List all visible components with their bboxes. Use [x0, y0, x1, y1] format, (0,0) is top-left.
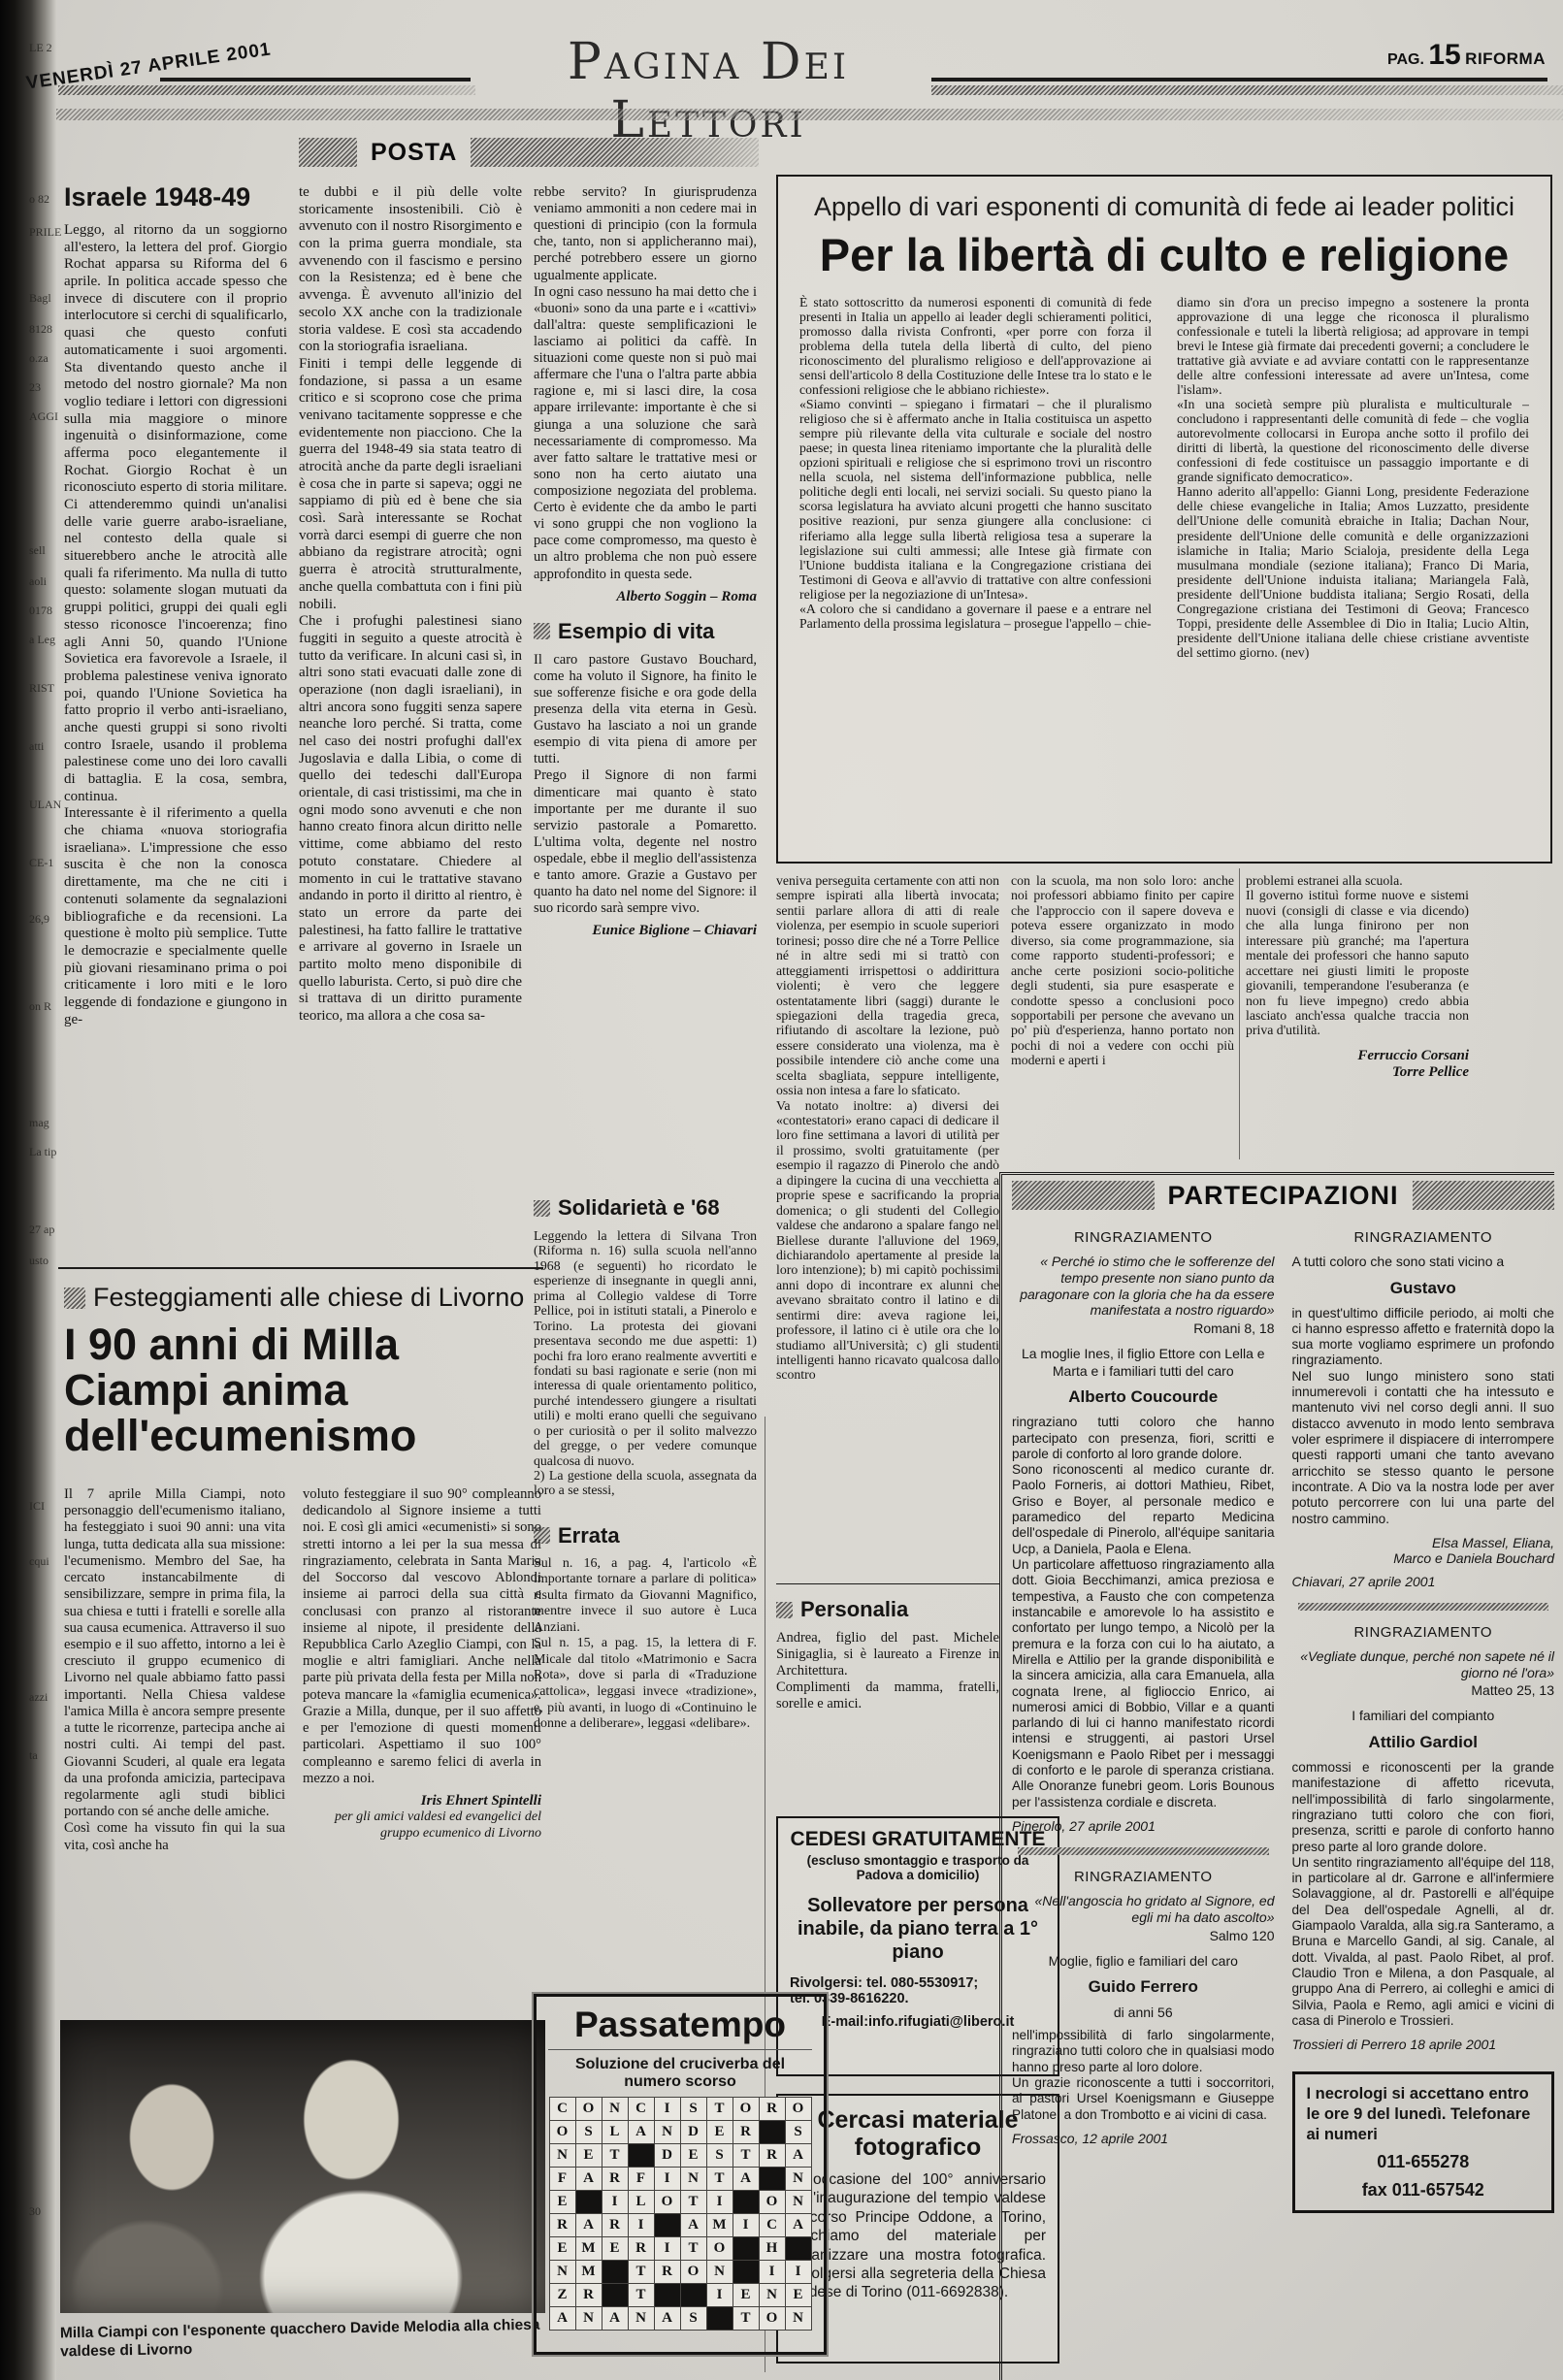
obituary-body: in quest'ultimo difficile periodo, ai mo…	[1292, 1306, 1555, 1527]
margin-fragment: usto	[29, 1254, 49, 1268]
partecipazioni-bar: PARTECIPAZIONI	[1012, 1181, 1554, 1210]
crossword-grid: CONCISTOROOSLANDERSNETDESTRAFARFINTANEIL…	[549, 2097, 812, 2331]
margin-fragment: PRILE	[29, 225, 61, 240]
crossword-cell: F	[549, 2168, 575, 2191]
milla-article-header: Festeggiamenti alle chiese di Livorno I …	[64, 1283, 541, 1458]
column-rule	[1239, 868, 1240, 1159]
section-marker-icon	[64, 1288, 85, 1309]
margin-fragment: AGGI	[29, 409, 58, 424]
obituary-kind: RINGRAZIAMENTO	[1292, 1229, 1555, 1246]
crossword-cell: E	[706, 2121, 733, 2144]
crossword-cell	[680, 2284, 706, 2307]
crossword-cell: N	[654, 2121, 680, 2144]
milla-top-rule	[58, 1267, 543, 1269]
passatempo-title: Passatempo	[548, 2005, 812, 2050]
obituary-signature: Elsa Massel, Eliana, Marco e Daniela Bou…	[1292, 1535, 1555, 1566]
crossword-cell: E	[575, 2144, 602, 2168]
crossword-cell: T	[680, 2191, 706, 2214]
crossword-cell: N	[785, 2168, 811, 2191]
errata-text: Sul n. 16, a pag. 4, l'articolo «È impor…	[534, 1556, 757, 1733]
obituary-name: Alberto Coucourde	[1012, 1387, 1275, 1407]
crossword-cell: R	[602, 2214, 628, 2237]
photo-caption: Milla Ciampi con l'esponente quacchero D…	[60, 2317, 546, 2362]
page-curl-margin: LE 2o 82PRILEBagl8128o.za23AGGIsellaoli0…	[0, 0, 56, 2380]
crossword-cell	[654, 2214, 680, 2237]
crossword-cell	[575, 2191, 602, 2214]
appeal-text-col2: diamo sin d'ora un preciso impegno a sos…	[1177, 295, 1529, 819]
crossword-cell	[733, 2237, 759, 2261]
margin-fragment: Bagl	[29, 291, 51, 306]
letter-esempio-title: Esempio di vita	[558, 619, 714, 644]
crossword-cell	[706, 2307, 733, 2331]
masthead-halftone-left	[58, 85, 475, 95]
crossword-cell: N	[759, 2284, 785, 2307]
section-marker-icon	[776, 1602, 793, 1618]
crossword-cell: A	[733, 2168, 759, 2191]
column3-upper: rebbe servito? In giurisprudenza veniamo…	[534, 184, 757, 1193]
crossword-cell: T	[706, 2098, 733, 2121]
crossword-cell: S	[680, 2098, 706, 2121]
obituary-divider	[1018, 1847, 1269, 1855]
crossword-cell: H	[759, 2237, 785, 2261]
necrologi-text: I necrologi si accettano entro le ore 9 …	[1307, 2084, 1541, 2144]
margin-fragment: ta	[29, 1748, 38, 1763]
crossword-cell: N	[549, 2144, 575, 2168]
crossword-cell: R	[759, 2144, 785, 2168]
crossword-cell: S	[575, 2121, 602, 2144]
crossword-cell: N	[706, 2261, 733, 2284]
crossword-cell: A	[785, 2144, 811, 2168]
margin-fragment: atti	[29, 739, 44, 754]
crossword-cell: A	[549, 2307, 575, 2331]
crossword-cell: T	[628, 2261, 654, 2284]
crossword-cell	[628, 2144, 654, 2168]
obituary-date: Trossieri di Perrero 18 aprile 2001	[1292, 2037, 1555, 2052]
letter-solidarieta-text2: veniva perseguita certamente con atti no…	[776, 873, 999, 1568]
margin-fragment: 26,9	[29, 912, 49, 927]
crossword-cell: A	[575, 2168, 602, 2191]
photo-milla-ciampi	[60, 2020, 545, 2313]
obituary-ref: Romani 8, 18	[1012, 1320, 1275, 1336]
necrologi-phone: 011-655278	[1307, 2152, 1541, 2172]
masthead-rule-right	[931, 78, 1547, 82]
margin-fragment: on R	[29, 999, 51, 1014]
crossword-cell: T	[706, 2168, 733, 2191]
crossword-cell: R	[654, 2261, 680, 2284]
letter-esempio-heading: Esempio di vita	[534, 619, 757, 644]
partecipazioni-label: PARTECIPAZIONI	[1155, 1181, 1413, 1210]
obituary-quote: «Vegliate dunque, perché non sapete né i…	[1292, 1648, 1555, 1681]
crossword-cell: D	[654, 2144, 680, 2168]
crossword-cell: I	[628, 2214, 654, 2237]
crossword-cell: I	[602, 2191, 628, 2214]
crossword-cell: N	[785, 2307, 811, 2331]
obituary-ref: Matteo 25, 13	[1292, 1682, 1555, 1698]
necrologi-fax: fax 011-657542	[1307, 2180, 1541, 2201]
letter-solidarieta-title: Solidarietà e '68	[558, 1195, 720, 1221]
crossword-cell: N	[680, 2168, 706, 2191]
crossword-cell: M	[575, 2237, 602, 2261]
letter-esempio-signature: Eunice Biglione – Chiavari	[534, 923, 757, 939]
obituary-kind: RINGRAZIAMENTO	[1012, 1229, 1275, 1246]
obituary-body: commossi e riconoscenti per la grande ma…	[1292, 1760, 1555, 2029]
crossword-cell: A	[628, 2121, 654, 2144]
crossword-cell: A	[602, 2307, 628, 2331]
crossword-cell: N	[628, 2307, 654, 2331]
margin-fragment: 30	[29, 2204, 41, 2219]
newspaper-page: LE 2o 82PRILEBagl8128o.za23AGGIsellaoli0…	[0, 0, 1563, 2380]
crossword-cell: M	[575, 2261, 602, 2284]
letter-solidarieta-heading: Solidarietà e '68	[534, 1195, 757, 1221]
crossword-cell: D	[680, 2121, 706, 2144]
milla-col2: voluto festeggiare il suo 90° compleanno…	[303, 1486, 541, 2010]
margin-fragment: RIST	[29, 681, 54, 696]
obituary-name: Attilio Gardiol	[1292, 1733, 1555, 1752]
obituary-quote: « Perché io stimo che le sofferenze del …	[1012, 1254, 1275, 1319]
crossword-cell: S	[706, 2144, 733, 2168]
appeal-title: Per la libertà di culto e religione	[799, 228, 1529, 281]
personalia-heading: Personalia	[776, 1597, 999, 1622]
milla-signature: Iris Ehnert Spintelli	[303, 1793, 541, 1809]
posta-bar-right-segment	[471, 138, 759, 167]
crossword-cell: S	[680, 2307, 706, 2331]
margin-fragment: sell	[29, 543, 46, 558]
margin-fragment: aoli	[29, 574, 47, 589]
letter-israele-title: Israele 1948-49	[64, 182, 287, 212]
obituary-date: Pinerolo, 27 aprile 2001	[1012, 1818, 1275, 1834]
crossword-cell: O	[575, 2098, 602, 2121]
personalia-title: Personalia	[800, 1597, 908, 1622]
letter-israele-col1: Israele 1948-49 Leggo, al ritorno da un …	[64, 182, 287, 1255]
crossword-cell: S	[785, 2121, 811, 2144]
partecipazioni-col-left: RINGRAZIAMENTO « Perché io stimo che le …	[1012, 1220, 1275, 2213]
crossword-cell: T	[628, 2284, 654, 2307]
milla-text-col1: Il 7 aprile Milla Ciampi, noto personagg…	[64, 1486, 285, 2010]
crossword-cell: O	[680, 2261, 706, 2284]
crossword-cell: E	[602, 2237, 628, 2261]
crossword-cell: R	[575, 2284, 602, 2307]
crossword-cell	[602, 2261, 628, 2284]
crossword-cell: R	[759, 2098, 785, 2121]
errata-title: Errata	[558, 1523, 620, 1549]
posta-section-label: POSTA	[357, 138, 471, 167]
milla-signature-note: per gli amici valdesi ed evangelici del …	[303, 1809, 541, 1842]
crossword-cell: M	[706, 2214, 733, 2237]
necrologi-notice-box: I necrologi si accettano entro le ore 9 …	[1292, 2071, 1555, 2213]
crossword-cell: O	[759, 2191, 785, 2214]
partecipazioni-bar-right	[1413, 1181, 1555, 1210]
crossword-cell: O	[654, 2191, 680, 2214]
letter-solidarieta-signature-place: Torre Pellice	[1246, 1064, 1469, 1081]
crossword-cell: N	[602, 2098, 628, 2121]
obituary-age: di anni 56	[1012, 2005, 1275, 2020]
crossword-cell: I	[733, 2214, 759, 2237]
obituary-name: Gustavo	[1292, 1279, 1555, 1298]
crossword-cell: R	[549, 2214, 575, 2237]
partecipazioni-col-right: RINGRAZIAMENTO A tutti coloro che sono s…	[1292, 1220, 1555, 2213]
masthead-rule-left	[160, 78, 471, 82]
appeal-box: Appello di vari esponenti di comunità di…	[776, 175, 1552, 864]
crossword-cell: C	[628, 2098, 654, 2121]
margin-fragment: 8128	[29, 322, 52, 337]
obituary-intro: A tutti coloro che sono stati vicino a	[1292, 1254, 1555, 1271]
masthead-page-ref: PAG. 15 RIFORMA	[1387, 39, 1546, 72]
partecipazioni-section: PARTECIPAZIONI RINGRAZIAMENTO « Perché i…	[999, 1172, 1554, 2380]
margin-fragment: CE-1	[29, 856, 53, 870]
crossword-cell: N	[785, 2191, 811, 2214]
crossword-cell	[759, 2121, 785, 2144]
milla-kicker: Festeggiamenti alle chiese di Livorno	[93, 1283, 524, 1313]
obituary-kind: RINGRAZIAMENTO	[1012, 1869, 1275, 1885]
crossword-cell	[733, 2261, 759, 2284]
margin-fragment: mag	[29, 1116, 49, 1130]
obituary-name: Guido Ferrero	[1012, 1977, 1275, 1997]
posta-bar-left-segment	[299, 138, 357, 167]
crossword-cell: T	[602, 2144, 628, 2168]
margin-fragment: o 82	[29, 192, 49, 207]
milla-kicker-row: Festeggiamenti alle chiese di Livorno	[64, 1283, 541, 1313]
letter-solidarieta-signature: Ferruccio Corsani	[1246, 1048, 1469, 1064]
crossword-cell: O	[785, 2098, 811, 2121]
letter-solidarieta-col4: problemi estranei alla scuola. Il govern…	[1246, 873, 1469, 1164]
crossword-cell: R	[602, 2168, 628, 2191]
letter-solidarieta-text1: Leggendo la lettera di Silvana Tron (Rif…	[534, 1228, 757, 1498]
obituary-ref: Salmo 120	[1012, 1928, 1275, 1943]
crossword-cell: I	[654, 2098, 680, 2121]
crossword-cell: O	[759, 2307, 785, 2331]
margin-fragment: azzi	[29, 1690, 48, 1705]
letter-solidarieta-text3: con la scuola, ma non solo loro: anche n…	[1011, 873, 1234, 1160]
crossword-cell: I	[654, 2237, 680, 2261]
column3-lower: Solidarietà e '68 Leggendo la lettera di…	[534, 1195, 757, 1972]
margin-fragment: cqui	[29, 1554, 49, 1569]
margin-fragment: ULAN	[29, 798, 61, 812]
letter-solidarieta-text4: problemi estranei alla scuola. Il govern…	[1246, 873, 1469, 1038]
personalia-block: Personalia Andrea, figlio del past. Mich…	[776, 1597, 999, 1791]
margin-fragment: LE 2	[29, 41, 52, 55]
letter-israele-text1: Leggo, al ritorno da un soggiorno all'es…	[64, 222, 287, 1028]
errata-heading: Errata	[534, 1523, 757, 1549]
crossword-cell: N	[549, 2261, 575, 2284]
crossword-cell: E	[549, 2237, 575, 2261]
crossword-cell: T	[733, 2144, 759, 2168]
page-label: PAG.	[1387, 51, 1424, 68]
obituary-intro: La moglie Ines, il figlio Ettore con Lel…	[1012, 1346, 1275, 1380]
crossword-cell: O	[706, 2237, 733, 2261]
margin-fragment: ICI	[29, 1499, 45, 1514]
crossword-cell	[602, 2284, 628, 2307]
crossword-cell: I	[706, 2284, 733, 2307]
obituary-intro: Moglie, figlio e familiari del caro	[1012, 1953, 1275, 1971]
milla-title: I 90 anni di Milla Ciampi anima dell'ecu…	[64, 1322, 541, 1458]
passatempo-subtitle: Soluzione del cruciverba del numero scor…	[548, 2056, 812, 2091]
letter-israele-signature: Alberto Soggin – Roma	[534, 589, 757, 605]
crossword-cell	[759, 2168, 785, 2191]
obituary-kind: RINGRAZIAMENTO	[1292, 1624, 1555, 1641]
crossword-cell: E	[733, 2284, 759, 2307]
page-title: Pagina Dei Lettori	[480, 33, 936, 149]
letter-israele-text3: rebbe servito? In giurisprudenza veniamo…	[534, 184, 757, 583]
crossword-cell: I	[706, 2191, 733, 2214]
crossword-cell: L	[628, 2191, 654, 2214]
personalia-text: Andrea, figlio del past. Michele Sinigag…	[776, 1630, 999, 1713]
crossword-cell: R	[733, 2121, 759, 2144]
crossword-cell: E	[785, 2284, 811, 2307]
margin-fragment: o.za	[29, 351, 49, 366]
obituary-date: Frossasco, 12 aprile 2001	[1012, 2131, 1275, 2146]
crossword-cell	[733, 2191, 759, 2214]
crossword-cell: A	[654, 2307, 680, 2331]
posta-section-bar: POSTA	[299, 138, 759, 167]
letter-esempio-text: Il caro pastore Gustavo Bouchard, come h…	[534, 652, 757, 918]
crossword-cell: O	[549, 2121, 575, 2144]
crossword-cell: N	[575, 2307, 602, 2331]
margin-fragment: 27 ap	[29, 1223, 54, 1237]
milla-text-col2: voluto festeggiare il suo 90° compleanno…	[303, 1486, 541, 1787]
crossword-cell: T	[733, 2307, 759, 2331]
margin-fragment: 0178	[29, 603, 52, 618]
page-number: 15	[1428, 39, 1460, 71]
appeal-text-col1: È stato sottoscritto da numerosi esponen…	[799, 295, 1152, 819]
obituary-date: Chiavari, 27 aprile 2001	[1292, 1574, 1555, 1589]
crossword-cell: A	[785, 2214, 811, 2237]
crossword-cell	[785, 2237, 811, 2261]
crossword-cell: L	[602, 2121, 628, 2144]
margin-fragment: a Leg	[29, 633, 55, 647]
crossword-cell	[654, 2284, 680, 2307]
crossword-cell: I	[785, 2261, 811, 2284]
appeal-kicker: Appello di vari esponenti di comunità di…	[799, 192, 1529, 222]
personalia-rule	[776, 1583, 999, 1584]
obituary-body: ringraziano tutti coloro che hanno parte…	[1012, 1415, 1275, 1810]
crossword-cell: E	[680, 2144, 706, 2168]
crossword-cell: A	[680, 2214, 706, 2237]
crossword-cell: A	[575, 2214, 602, 2237]
crossword-cell: C	[549, 2098, 575, 2121]
crossword-cell: E	[549, 2191, 575, 2214]
masthead-halftone-right	[931, 85, 1563, 95]
section-marker-icon	[534, 623, 550, 639]
obituary-divider	[1298, 1603, 1549, 1611]
brand-name: RIFORMA	[1465, 49, 1546, 68]
margin-fragment: La tip	[29, 1145, 56, 1159]
crossword-cell: I	[654, 2168, 680, 2191]
partecipazioni-bar-left	[1012, 1181, 1155, 1210]
crossword-cell: I	[759, 2261, 785, 2284]
masthead-band	[56, 109, 1563, 120]
obituary-quote: «Nell'angoscia ho gridato al Signore, ed…	[1012, 1893, 1275, 1926]
crossword-cell: F	[628, 2168, 654, 2191]
letter-israele-text2: te dubbi e il più delle volte storicamen…	[299, 184, 522, 1255]
section-marker-icon	[534, 1200, 550, 1217]
passatempo-box: Passatempo Soluzione del cruciverba del …	[534, 1994, 827, 2355]
crossword-cell: Z	[549, 2284, 575, 2307]
crossword-cell: T	[680, 2237, 706, 2261]
obituary-intro: I familiari del compianto	[1292, 1708, 1555, 1725]
margin-fragment: 23	[29, 380, 41, 395]
crossword-cell: O	[733, 2098, 759, 2121]
crossword-cell: R	[628, 2237, 654, 2261]
crossword-cell: C	[759, 2214, 785, 2237]
obituary-body: nell'impossibilità di farlo singolarment…	[1012, 2028, 1275, 2123]
